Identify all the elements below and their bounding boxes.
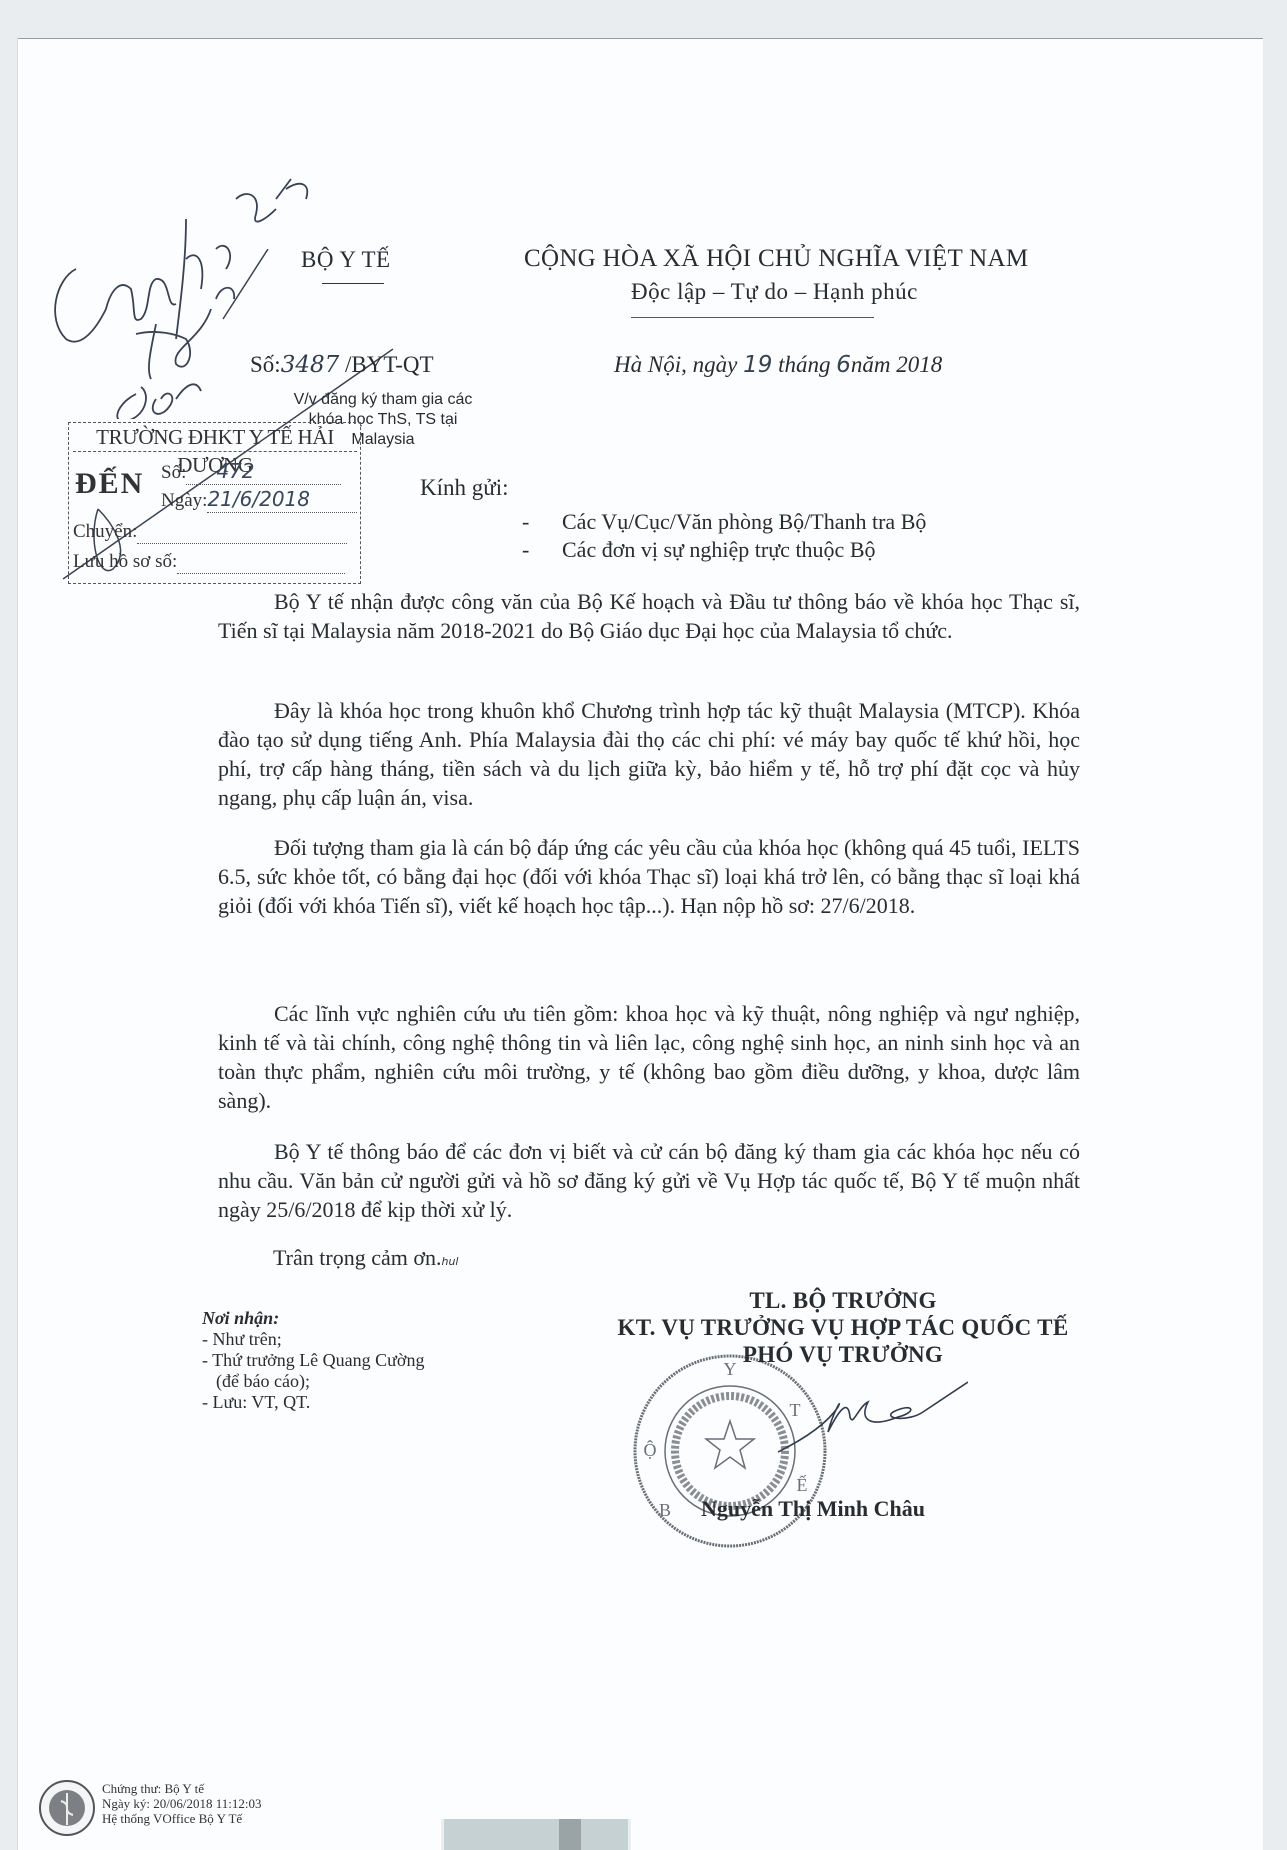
stamp-chuyen-label: Chuyển: [73,521,137,542]
cc-title: Nơi nhận: [202,1308,424,1329]
document-number: Số:3487 /BYT-QT [250,352,434,378]
stamp-so-label: Số: [161,462,186,483]
stamp-den-label: ĐẾN [75,467,144,501]
closing-initial: hul [441,1255,458,1268]
paragraph-text: Các lĩnh vực nghiên cứu ưu tiên gồm: kho… [218,999,1080,1115]
stamp-so-value: 472 [216,459,254,483]
paragraph-text: Bộ Y tế thông báo để các đơn vị biết và … [218,1137,1080,1224]
signing-date-line: Ngày ký: 20/06/2018 11:12:03 [102,1796,262,1811]
stamp-so-row: Số:472 [161,459,341,485]
month-handwritten: 6 [836,352,851,378]
stamp-ngay-label: Ngày: [161,490,207,511]
doc-number-label: Số: [250,352,281,377]
recipient-text: Các đơn vị sự nghiệp trực thuộc Bộ [562,537,876,562]
film-icon [559,1819,581,1850]
month-label: tháng [772,352,836,377]
year-label: năm 2018 [851,352,942,377]
svg-text:Ộ: Ộ [644,1439,657,1460]
cc-list: Nơi nhận: - Như trên; - Thứ trưởng Lê Qu… [202,1308,424,1413]
handwritten-signature [778,1377,968,1457]
doc-number-suffix: /BYT-QT [339,352,433,377]
paragraph-text: Đây là khóa học trong khuôn khổ Chương t… [218,696,1080,812]
signature-line: KT. VỤ TRƯỞNG VỤ HỢP TÁC QUỐC TẾ [573,1314,1113,1341]
greeting: Kính gửi: [420,475,509,501]
recipient-text: Các Vụ/Cục/Văn phòng Bộ/Thanh tra Bộ [562,509,926,534]
motto-underline [631,317,874,318]
system-line: Hệ thống VOffice Bộ Y Tế [102,1811,262,1826]
signer-name: Nguyễn Thị Minh Châu [628,1496,998,1522]
day-handwritten: 19 [743,352,772,378]
nation-title: CỘNG HÒA XÃ HỘI CHỦ NGHĨA VIỆT NAM [524,245,1028,273]
cc-item: - Thứ trưởng Lê Quang Cường [202,1350,424,1371]
ministry-seal-icon [38,1779,96,1837]
body-paragraph: Đây là khóa học trong khuôn khổ Chương t… [218,696,1080,812]
stamp-chuyen-row: Chuyển: [73,521,347,544]
svg-text:Ế: Ế [797,1474,808,1495]
stamp-luu-row: Lưu hồ sơ số: [73,551,345,574]
certificate-line: Chứng thư: Bộ Y tế [102,1781,262,1796]
recipient-item: -Các Vụ/Cục/Văn phòng Bộ/Thanh tra Bộ [522,509,926,535]
stamp-luu-label: Lưu hồ sơ số: [73,551,177,572]
recipient-item: -Các đơn vị sự nghiệp trực thuộc Bộ [522,537,876,563]
body-paragraph: Đối tượng tham gia là cán bộ đáp ứng các… [218,833,1080,920]
document-page: BỘ Y TẾ CỘNG HÒA XÃ HỘI CHỦ NGHĨA VIỆT N… [18,38,1263,1850]
digital-signature-text: Chứng thư: Bộ Y tế Ngày ký: 20/06/2018 1… [102,1781,262,1826]
ministry-underline [322,283,384,284]
body-paragraph: Bộ Y tế nhận được công văn của Bộ Kế hoạ… [218,587,1080,645]
cc-item: (để báo cáo); [202,1371,424,1392]
ministry-name: BỘ Y TẾ [301,247,391,273]
stamp-title: TRƯỜNG ĐHKT Y TẾ HẢI DƯƠNG [73,423,357,452]
incoming-stamp: TRƯỜNG ĐHKT Y TẾ HẢI DƯƠNG ĐẾN Số:472 Ng… [68,422,361,584]
stamp-ngay-row: Ngày:21/6/2018 [161,487,357,513]
signature-line: PHÓ VỤ TRƯỞNG [573,1341,1113,1368]
signature-block: TL. BỘ TRƯỞNG KT. VỤ TRƯỞNG VỤ HỢP TÁC Q… [573,1287,1113,1368]
media-thumbnail[interactable] [441,1819,631,1850]
national-motto: Độc lập – Tự do – Hạnh phúc [631,279,918,305]
signature-line: TL. BỘ TRƯỞNG [573,1287,1113,1314]
paragraph-text: Đối tượng tham gia là cán bộ đáp ứng các… [218,833,1080,920]
cc-item: - Như trên; [202,1329,424,1350]
stamp-ngay-value: 21/6/2018 [207,487,310,511]
doc-number-handwritten: 3487 [281,352,340,378]
body-paragraph: Các lĩnh vực nghiên cứu ưu tiên gồm: kho… [218,999,1080,1115]
place-date: Hà Nội, ngày 19 tháng 6năm 2018 [614,352,942,378]
place-date-prefix: Hà Nội, ngày [614,352,743,377]
closing-text: Trân trọng cảm ơn. [273,1245,441,1270]
cc-item: - Lưu: VT, QT. [202,1392,424,1413]
closing-line: Trân trọng cảm ơn.hul [273,1245,458,1271]
paragraph-text: Bộ Y tế nhận được công văn của Bộ Kế hoạ… [218,587,1080,645]
body-paragraph: Bộ Y tế thông báo để các đơn vị biết và … [218,1137,1080,1224]
